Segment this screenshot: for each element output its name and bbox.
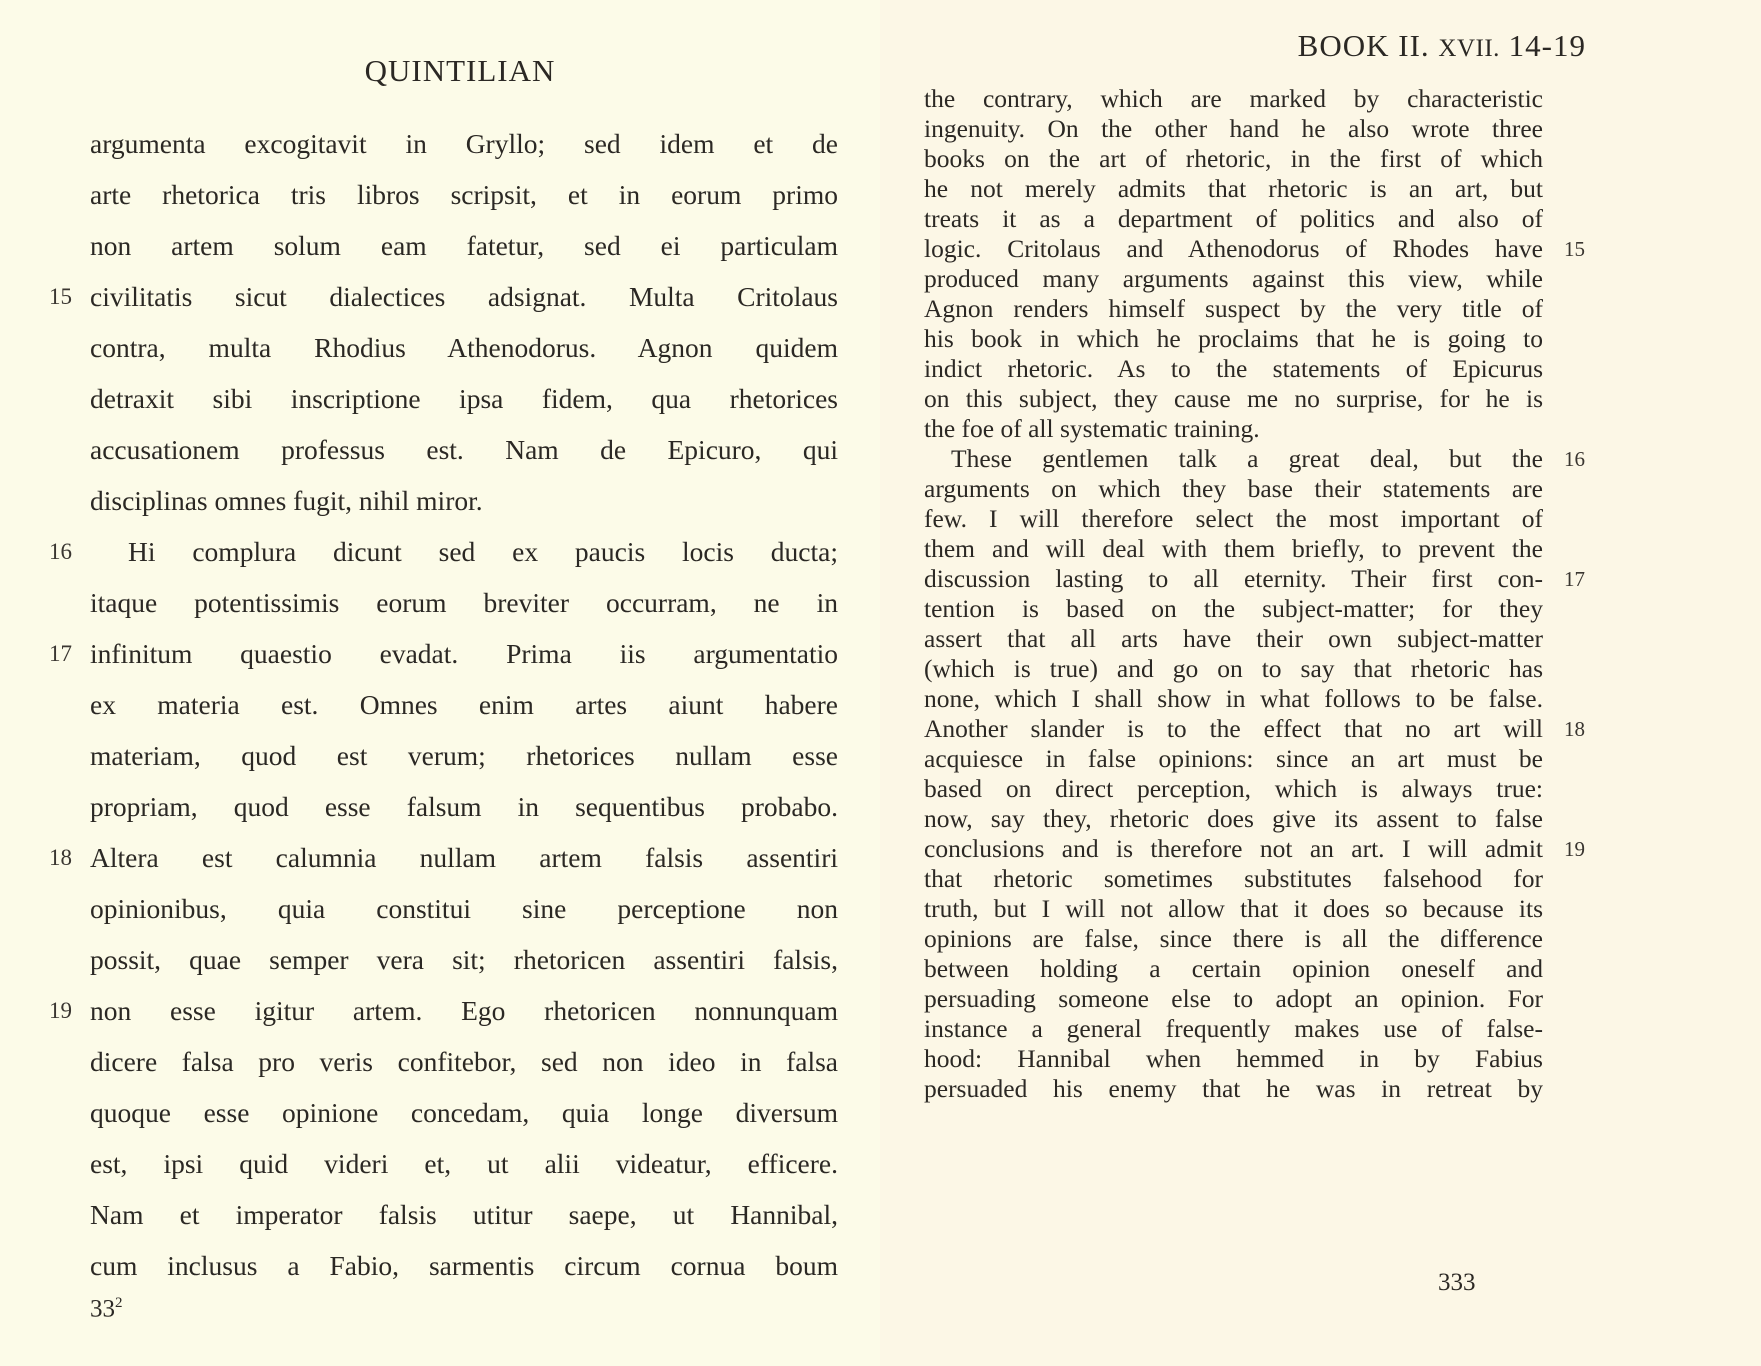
text-line: (which is true) and go on to say that rh…: [924, 654, 1543, 684]
section-number: 19: [1564, 834, 1585, 864]
text-line: itaque potentissimis eorum breviter occu…: [90, 577, 838, 628]
text-line: 18Altera est calumnia nullam artem falsi…: [90, 832, 838, 883]
text-line: indict rhetoric. As to the statements of…: [924, 354, 1543, 384]
text-line: them and will deal with them briefly, to…: [924, 534, 1543, 564]
line-text: ex materia est. Omnes enim artes aiunt h…: [90, 689, 838, 720]
line-text: truth, but I will not allow that it does…: [924, 894, 1543, 923]
line-text: now, say they, rhetoric does give its as…: [924, 804, 1543, 833]
text-line: few. I will therefore select the most im…: [924, 504, 1543, 534]
line-text: books on the art of rhetoric, in the fir…: [924, 144, 1543, 173]
line-text: them and will deal with them briefly, to…: [924, 534, 1543, 563]
line-text: the contrary, which are marked by charac…: [924, 84, 1543, 113]
section-number: 15: [1564, 234, 1585, 264]
line-text: indict rhetoric. As to the statements of…: [924, 354, 1543, 383]
line-text: infinitum quaestio evadat. Prima iis arg…: [90, 638, 838, 669]
line-text: tention is based on the subject-matter; …: [924, 594, 1543, 623]
line-text: hood: Hannibal when hemmed in by Fabius: [924, 1044, 1543, 1073]
text-line: ex materia est. Omnes enim artes aiunt h…: [90, 679, 838, 730]
text-line: cum inclusus a Fabio, sarmentis circum c…: [90, 1240, 838, 1291]
line-text: that rhetoric sometimes substitutes fals…: [924, 864, 1543, 893]
text-line: est, ipsi quid videri et, ut alii videat…: [90, 1138, 838, 1189]
text-line: logic. Critolaus and Athenodorus of Rhod…: [924, 234, 1543, 264]
line-text: non esse igitur artem. Ego rhetoricen no…: [90, 995, 838, 1026]
text-line: Another slander is to the effect that no…: [924, 714, 1543, 744]
running-head-book: BOOK II.: [1298, 28, 1430, 63]
text-line: non artem solum eam fatetur, sed ei part…: [90, 220, 838, 271]
line-text: civilitatis sicut dialectices adsignat. …: [90, 281, 838, 312]
text-line: 15civilitatis sicut dialectices adsignat…: [90, 271, 838, 322]
section-number: 16: [1564, 444, 1585, 474]
section-number: 17: [49, 628, 72, 679]
line-text: materiam, quod est verum; rhetorices nul…: [90, 740, 838, 771]
line-text: the foe of all systematic training.: [924, 414, 1260, 443]
text-line: now, say they, rhetoric does give its as…: [924, 804, 1543, 834]
line-text: on this subject, they cause me no surpri…: [924, 384, 1543, 413]
text-line: arguments on which they base their state…: [924, 474, 1543, 504]
text-line: quoque esse opinione concedam, quia long…: [90, 1087, 838, 1138]
section-number: 17: [1564, 564, 1585, 594]
line-text: dicere falsa pro veris confitebor, sed n…: [90, 1046, 838, 1077]
line-text: detraxit sibi inscriptione ipsa fidem, q…: [90, 383, 838, 414]
line-text: conclusions and is therefore not an art.…: [924, 834, 1543, 863]
text-line: 19non esse igitur artem. Ego rhetoricen …: [90, 985, 838, 1036]
line-text: opinions are false, since there is all t…: [924, 924, 1543, 953]
running-head-range: 14-19: [1509, 28, 1586, 63]
text-line: persuading someone else to adopt an opin…: [924, 984, 1543, 1014]
page-number-left: 332: [90, 1295, 123, 1323]
line-text: logic. Critolaus and Athenodorus of Rhod…: [924, 234, 1543, 263]
text-line: produced many arguments against this vie…: [924, 264, 1543, 294]
text-line: he not merely admits that rhetoric is an…: [924, 174, 1543, 204]
text-line: 16Hi complura dicunt sed ex paucis locis…: [90, 526, 838, 577]
text-line: discussion lasting to all eternity. Thei…: [924, 564, 1543, 594]
text-line: assert that all arts have their own subj…: [924, 624, 1543, 654]
text-line: that rhetoric sometimes substitutes fals…: [924, 864, 1543, 894]
folio-digits: 33: [90, 1295, 115, 1322]
line-text: assert that all arts have their own subj…: [924, 624, 1543, 653]
line-text: disciplinas omnes fugit, nihil miror.: [90, 485, 483, 516]
line-text: based on direct perception, which is alw…: [924, 774, 1543, 803]
text-line: based on direct perception, which is alw…: [924, 774, 1543, 804]
line-text: acquiesce in false opinions: since an ar…: [924, 744, 1543, 773]
text-line: opinions are false, since there is all t…: [924, 924, 1543, 954]
line-text: These gentlemen talk a great deal, but t…: [951, 444, 1543, 473]
text-line: 17infinitum quaestio evadat. Prima iis a…: [90, 628, 838, 679]
line-text: few. I will therefore select the most im…: [924, 504, 1543, 533]
text-line: none, which I shall show in what follows…: [924, 684, 1543, 714]
line-text: persuading someone else to adopt an opin…: [924, 984, 1543, 1013]
text-line: acquiesce in false opinions: since an ar…: [924, 744, 1543, 774]
line-text: (which is true) and go on to say that rh…: [924, 654, 1543, 683]
text-line: books on the art of rhetoric, in the fir…: [924, 144, 1543, 174]
line-text: persuaded his enemy that he was in retre…: [924, 1074, 1543, 1103]
line-text: arguments on which they base their state…: [924, 474, 1543, 503]
line-text: non artem solum eam fatetur, sed ei part…: [90, 230, 838, 261]
line-text: he not merely admits that rhetoric is an…: [924, 174, 1543, 203]
section-number: 18: [1564, 714, 1585, 744]
text-line: between holding a certain opinion onesel…: [924, 954, 1543, 984]
text-line: These gentlemen talk a great deal, but t…: [924, 444, 1543, 474]
text-line: his book in which he proclaims that he i…: [924, 324, 1543, 354]
left-page: QUINTILIAN argumenta excogitavit in Gryl…: [0, 0, 880, 1366]
line-text: ingenuity. On the other hand he also wro…: [924, 114, 1543, 143]
text-line: the foe of all systematic training.: [924, 414, 1543, 444]
line-text: contra, multa Rhodius Athenodorus. Agnon…: [90, 332, 838, 363]
line-text: none, which I shall show in what follows…: [924, 684, 1543, 713]
line-text: argumenta excogitavit in Gryllo; sed ide…: [90, 128, 838, 159]
text-line: Nam et imperator falsis utitur saepe, ut…: [90, 1189, 838, 1240]
text-line: treats it as a department of politics an…: [924, 204, 1543, 234]
line-text: quoque esse opinione concedam, quia long…: [90, 1097, 838, 1128]
text-line: persuaded his enemy that he was in retre…: [924, 1074, 1543, 1104]
page-number-right: 333: [1438, 1269, 1476, 1297]
text-line: propriam, quod esse falsum in sequentibu…: [90, 781, 838, 832]
line-text: itaque potentissimis eorum breviter occu…: [90, 587, 838, 618]
line-text: accusationem professus est. Nam de Epicu…: [90, 434, 838, 465]
text-line: accusationem professus est. Nam de Epicu…: [90, 424, 838, 475]
line-text: possit, quae semper vera sit; rhetoricen…: [90, 944, 838, 975]
text-line: truth, but I will not allow that it does…: [924, 894, 1543, 924]
line-text: discussion lasting to all eternity. Thei…: [924, 564, 1543, 593]
text-line: possit, quae semper vera sit; rhetoricen…: [90, 934, 838, 985]
line-text: his book in which he proclaims that he i…: [924, 324, 1543, 353]
running-head-left: QUINTILIAN: [0, 53, 920, 89]
line-text: Agnon renders himself suspect by the ver…: [924, 294, 1543, 323]
text-line: conclusions and is therefore not an art.…: [924, 834, 1543, 864]
text-line: the contrary, which are marked by charac…: [924, 84, 1543, 114]
text-line: opinionibus, quia constitui sine percept…: [90, 883, 838, 934]
text-line: argumenta excogitavit in Gryllo; sed ide…: [90, 118, 838, 169]
line-text: Hi complura dicunt sed ex paucis locis d…: [128, 536, 838, 567]
section-number: 16: [49, 526, 72, 577]
english-text-block: the contrary, which are marked by charac…: [924, 84, 1543, 1104]
line-text: Altera est calumnia nullam artem falsis …: [90, 842, 838, 873]
folio-signature: 2: [115, 1295, 123, 1311]
line-text: cum inclusus a Fabio, sarmentis circum c…: [90, 1250, 838, 1281]
text-line: hood: Hannibal when hemmed in by Fabius: [924, 1044, 1543, 1074]
latin-text-block: argumenta excogitavit in Gryllo; sed ide…: [90, 118, 838, 1291]
running-head-chapter: XVII.: [1438, 35, 1500, 62]
line-text: between holding a certain opinion onesel…: [924, 954, 1543, 983]
line-text: Nam et imperator falsis utitur saepe, ut…: [90, 1199, 838, 1230]
line-text: Another slander is to the effect that no…: [924, 714, 1543, 743]
text-line: disciplinas omnes fugit, nihil miror.: [90, 475, 838, 526]
section-number: 19: [49, 985, 72, 1036]
running-head-right: BOOK II. XVII. 14-19: [880, 28, 1586, 64]
line-text: instance a general frequently makes use …: [924, 1014, 1543, 1043]
line-text: produced many arguments against this vie…: [924, 264, 1543, 293]
section-number: 15: [49, 271, 72, 322]
line-text: treats it as a department of politics an…: [924, 204, 1543, 233]
text-line: materiam, quod est verum; rhetorices nul…: [90, 730, 838, 781]
text-line: dicere falsa pro veris confitebor, sed n…: [90, 1036, 838, 1087]
text-line: contra, multa Rhodius Athenodorus. Agnon…: [90, 322, 838, 373]
section-number: 18: [49, 832, 72, 883]
line-text: arte rhetorica tris libros scripsit, et …: [90, 179, 838, 210]
line-text: est, ipsi quid videri et, ut alii videat…: [90, 1148, 838, 1179]
text-line: on this subject, they cause me no surpri…: [924, 384, 1543, 414]
text-line: instance a general frequently makes use …: [924, 1014, 1543, 1044]
text-line: Agnon renders himself suspect by the ver…: [924, 294, 1543, 324]
text-line: detraxit sibi inscriptione ipsa fidem, q…: [90, 373, 838, 424]
line-text: propriam, quod esse falsum in sequentibu…: [90, 791, 838, 822]
right-page: BOOK II. XVII. 14-19 the contrary, which…: [880, 0, 1761, 1366]
text-line: ingenuity. On the other hand he also wro…: [924, 114, 1543, 144]
text-line: tention is based on the subject-matter; …: [924, 594, 1543, 624]
line-text: opinionibus, quia constitui sine percept…: [90, 893, 838, 924]
text-line: arte rhetorica tris libros scripsit, et …: [90, 169, 838, 220]
